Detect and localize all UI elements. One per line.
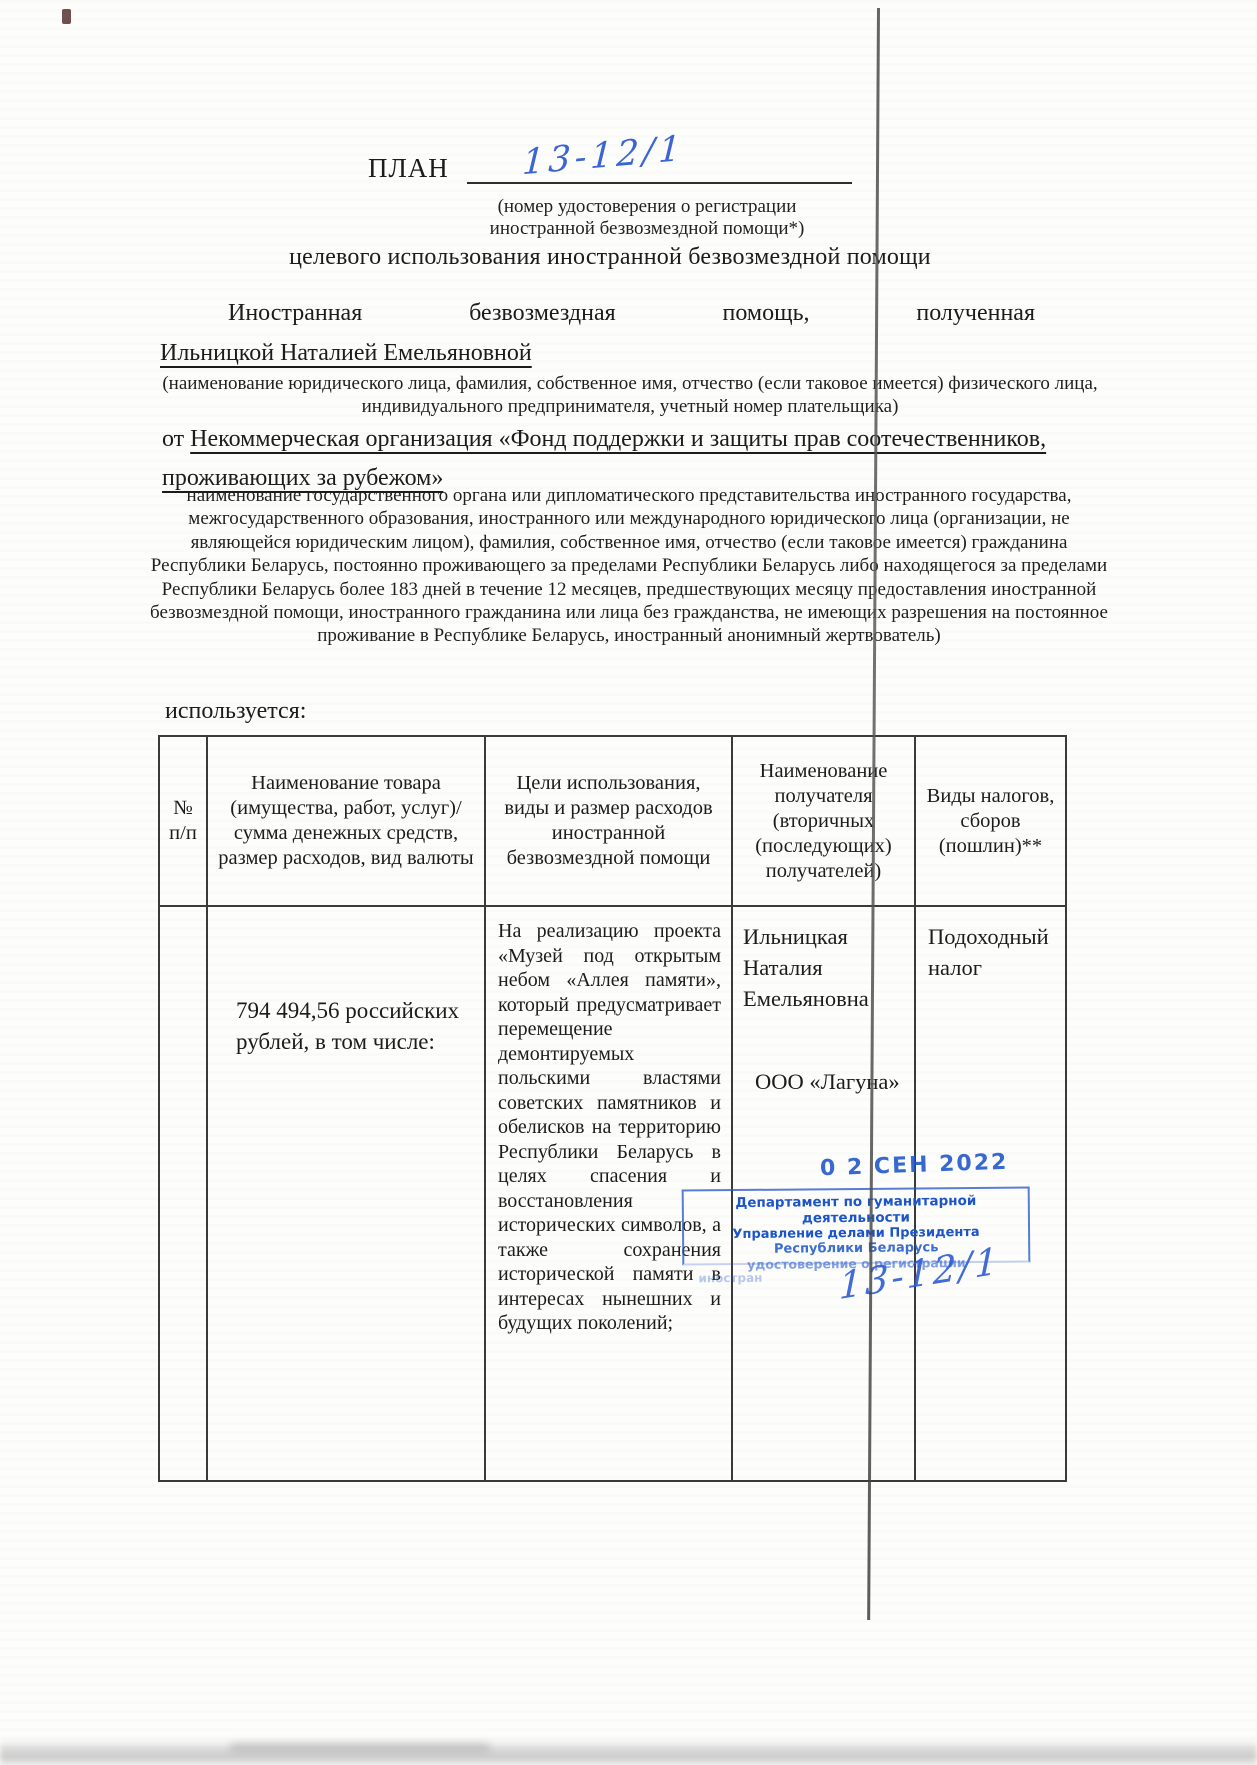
plan-title-row: ПЛАН 13-12/1	[368, 150, 852, 184]
certificate-number-handwritten: 13-12/1	[521, 129, 685, 184]
document-subtitle: целевого использования иностранной безво…	[160, 244, 1060, 271]
usage-label: используется:	[165, 698, 306, 725]
scanned-document-page: ПЛАН 13-12/1 (номер удостоверения о реги…	[0, 0, 1257, 1765]
recipient-caption: (наименование юридического лица, фамилия…	[160, 372, 1100, 418]
donor-caption: наименование государственного органа или…	[150, 484, 1108, 648]
recipient-primary: Ильницкая Наталия Емельяновна	[743, 921, 910, 1014]
table-header-row: № п/п Наименование товара (имущества, ра…	[159, 736, 1066, 906]
recipient-name: Ильницкой Наталией Емельяновной	[152, 340, 546, 367]
cell-number	[159, 906, 207, 1481]
header-cell-item: Наименование товара (имущества, работ, у…	[207, 736, 485, 906]
page-title: ПЛАН	[368, 153, 449, 184]
header-cell-taxes: Виды налогов, сборов (пошлин)**	[915, 736, 1066, 906]
cell-amount: 794 494,56 российских рублей, в том числ…	[207, 906, 485, 1481]
scan-bottom-streak	[230, 1743, 490, 1751]
header-cell-purpose: Цели использования, виды и размер расход…	[485, 736, 732, 906]
scan-bottom-smudge	[0, 1739, 1257, 1765]
header-cell-recipient: Наименование получателя (вторичных (посл…	[732, 736, 915, 906]
scan-speck	[62, 9, 71, 24]
aid-usage-table: № п/п Наименование товара (имущества, ра…	[158, 735, 1067, 1482]
donor-name: Некоммерческая организация «Фонд поддерж…	[162, 426, 1046, 491]
header-cell-number: № п/п	[159, 736, 207, 906]
certificate-number-line: 13-12/1	[467, 150, 852, 184]
certificate-caption: (номер удостоверения о регистрации иност…	[452, 196, 842, 240]
aid-intro-line: Иностранная безвозмездная помощь, получе…	[162, 300, 1035, 327]
stamp-line-1: Департамент по гуманитарной деятельности	[684, 1193, 1028, 1228]
recipient-secondary: ООО «Лагуна»	[743, 1066, 910, 1097]
from-label: от	[162, 426, 184, 452]
